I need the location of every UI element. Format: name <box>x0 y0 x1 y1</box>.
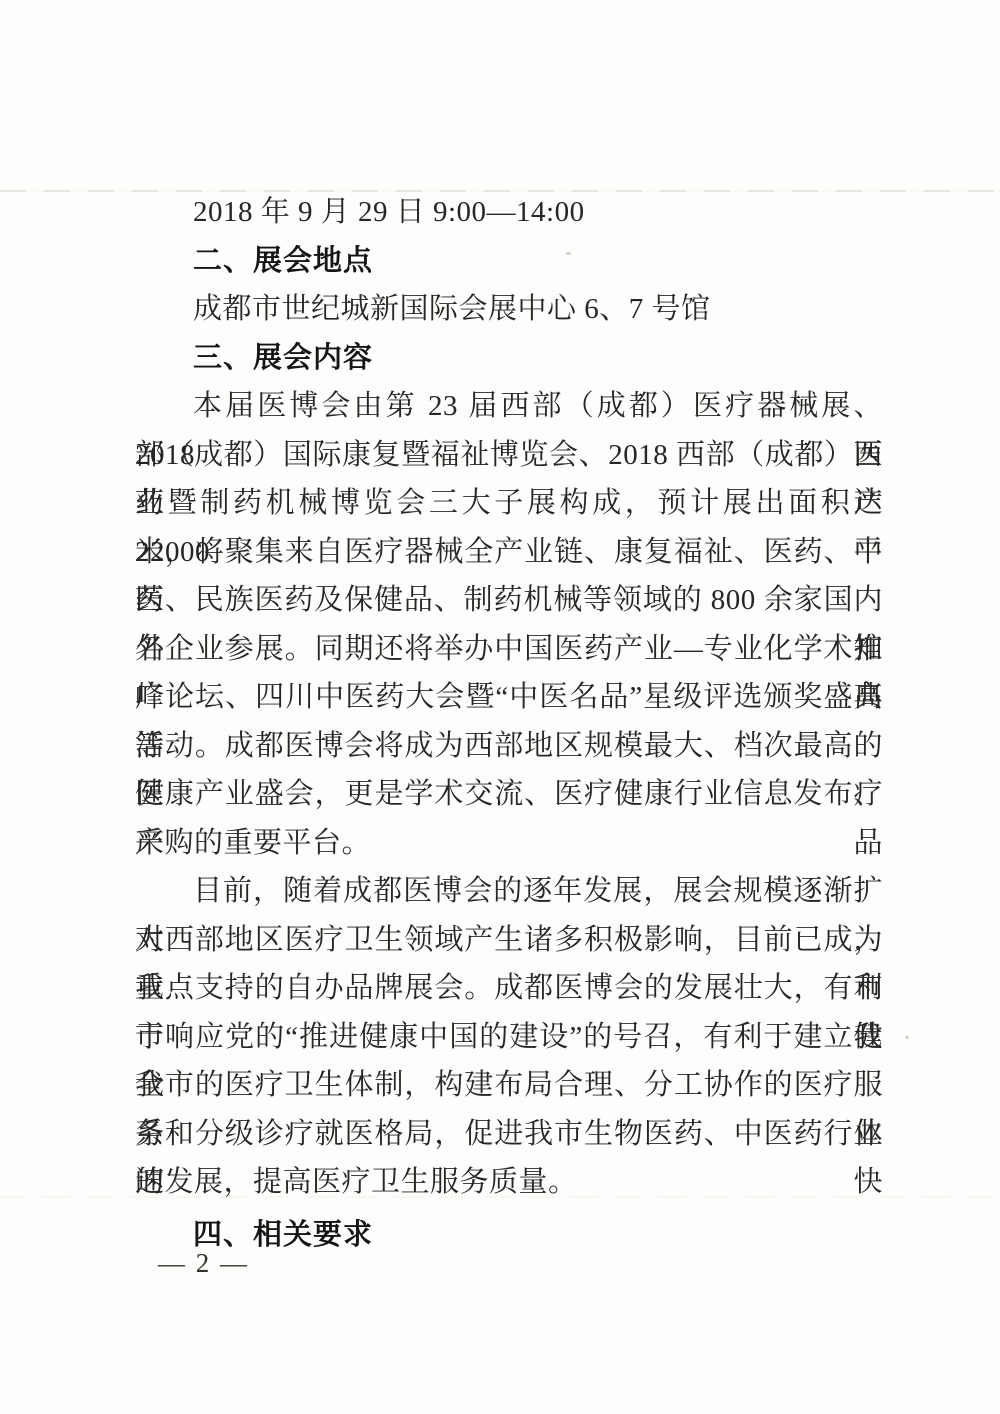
text-line: 目前，随着成都医博会的逐年发展，展会规模逐渐扩大， <box>135 867 883 916</box>
section-heading-venue: 二、展会地点 <box>135 237 883 286</box>
paragraph-development-impact: 目前，随着成都医博会的逐年发展，展会规模逐渐扩大，对西部地区医疗卫生领域产生诸多… <box>135 867 883 1207</box>
document-page: 2018 年 9 月 29 日 9:00—14:00 二、展会地点 成都市世纪城… <box>0 0 1000 1414</box>
venue-line: 成都市世纪城新国际会展中心 6、7 号馆 <box>135 285 883 334</box>
section-heading-content: 三、展会内容 <box>135 334 883 383</box>
text-line: 活动。成都医博会将成为西部地区规模最大、档次最高的医疗 <box>135 722 883 771</box>
text-line: 峰论坛、四川中医药大会暨“中医名品”星级评选颁奖盛典等 <box>135 673 883 722</box>
text-line: 业暨制药机械博览会三大子展构成，预计展出面积达 22000 平 <box>135 479 883 528</box>
text-line: 米，将聚集来自医疗器械全产业链、康复福祉、医药、中医 <box>135 528 883 577</box>
text-line: 部（成都）国际康复暨福祉博览会、2018 西部（成都）医药产 <box>135 431 883 480</box>
text-line: 对西部地区医疗卫生领域产生诸多积极影响，目前已成为我市 <box>135 916 883 965</box>
schedule-time-line: 2018 年 9 月 29 日 9:00—14:00 <box>135 188 883 237</box>
text-line: 市响应党的“推进健康中国的建设”的号召，有利于建立健全 <box>135 1013 883 1062</box>
text-line: 本届医博会由第 23 届西部（成都）医疗器械展、2018 西 <box>135 382 883 431</box>
text-line: 系和分级诊疗就医格局，促进我市生物医药、中医药行业的快 <box>135 1110 883 1159</box>
text-line: 我市的医疗卫生体制，构建布局合理、分工协作的医疗服务体 <box>135 1061 883 1110</box>
scan-speck <box>905 1036 909 1039</box>
text-line: 重点支持的自办品牌展会。成都医博会的发展壮大，有利于我 <box>135 964 883 1013</box>
paragraph-exhibition-content: 本届医博会由第 23 届西部（成都）医疗器械展、2018 西部（成都）国际康复暨… <box>135 382 883 867</box>
text-line: 健康产业盛会，更是学术交流、医疗健康行业信息发布、产品 <box>135 770 883 819</box>
text-line: 名企业参展。同期还将举办中国医药产业—专业化学术推广高 <box>135 625 883 674</box>
text-line: 药、民族医药及保健品、制药机械等领域的 800 余家国内外知 <box>135 576 883 625</box>
document-body: 2018 年 9 月 29 日 9:00—14:00 二、展会地点 成都市世纪城… <box>135 188 883 1259</box>
page-number: — 2 — <box>158 1248 249 1279</box>
